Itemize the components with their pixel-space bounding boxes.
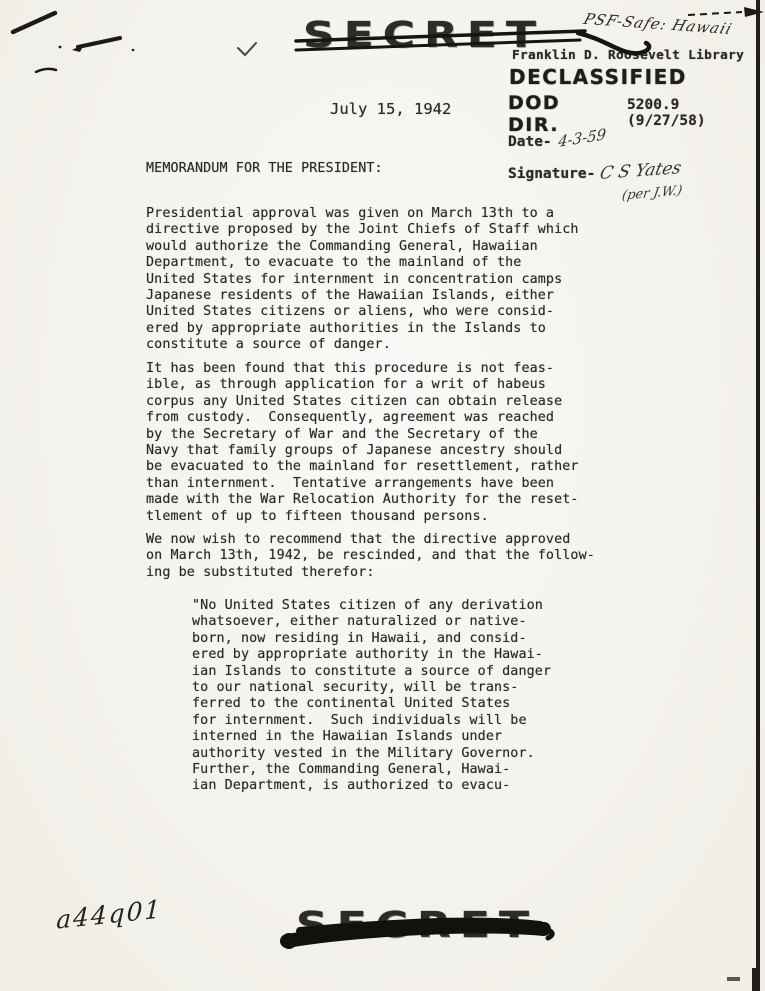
paragraph-2: It has been found that this procedure is… bbox=[146, 361, 579, 525]
secret-stamp-bottom: SECRET bbox=[296, 905, 538, 946]
declassified-stamp: DECLASSIFIED bbox=[509, 65, 687, 89]
library-stamp-line: Franklin D. Roosevelt Library bbox=[512, 48, 744, 63]
scan-edge-bottom-thickening bbox=[752, 968, 760, 991]
scan-edge-smudge bbox=[727, 977, 740, 981]
paragraph-3: We now wish to recommend that the direct… bbox=[146, 532, 595, 581]
dod-dir-number: 5200.9 (9/27/58) bbox=[627, 97, 765, 129]
document-page: SECRET PSF-Safe: Hawaii Franklin D. Roos… bbox=[0, 0, 765, 991]
dod-directive-line: DOD DIR. 5200.9 (9/27/58) bbox=[508, 92, 765, 136]
secret-stamp-top: SECRET bbox=[303, 15, 545, 56]
signature-label: Signature- bbox=[508, 166, 595, 182]
top-left-pen-marks bbox=[13, 13, 256, 72]
paragraph-1: Presidential approval was given on March… bbox=[146, 206, 579, 354]
handwritten-signature-note: (per J.W.) bbox=[621, 183, 683, 204]
scan-edge-line bbox=[756, 0, 760, 991]
catalog-number: a44q01 bbox=[56, 894, 163, 934]
memo-salutation: MEMORANDUM FOR THE PRESIDENT: bbox=[146, 161, 383, 177]
date-label: Date- bbox=[508, 134, 552, 150]
document-date: July 15, 1942 bbox=[330, 100, 451, 118]
quoted-directive-block: "No United States citizen of any derivat… bbox=[192, 598, 551, 795]
handwritten-signature: C S Yates bbox=[598, 158, 683, 184]
top-right-arrow-mark bbox=[688, 7, 764, 17]
psf-filing-note: PSF-Safe: Hawaii bbox=[581, 10, 734, 38]
